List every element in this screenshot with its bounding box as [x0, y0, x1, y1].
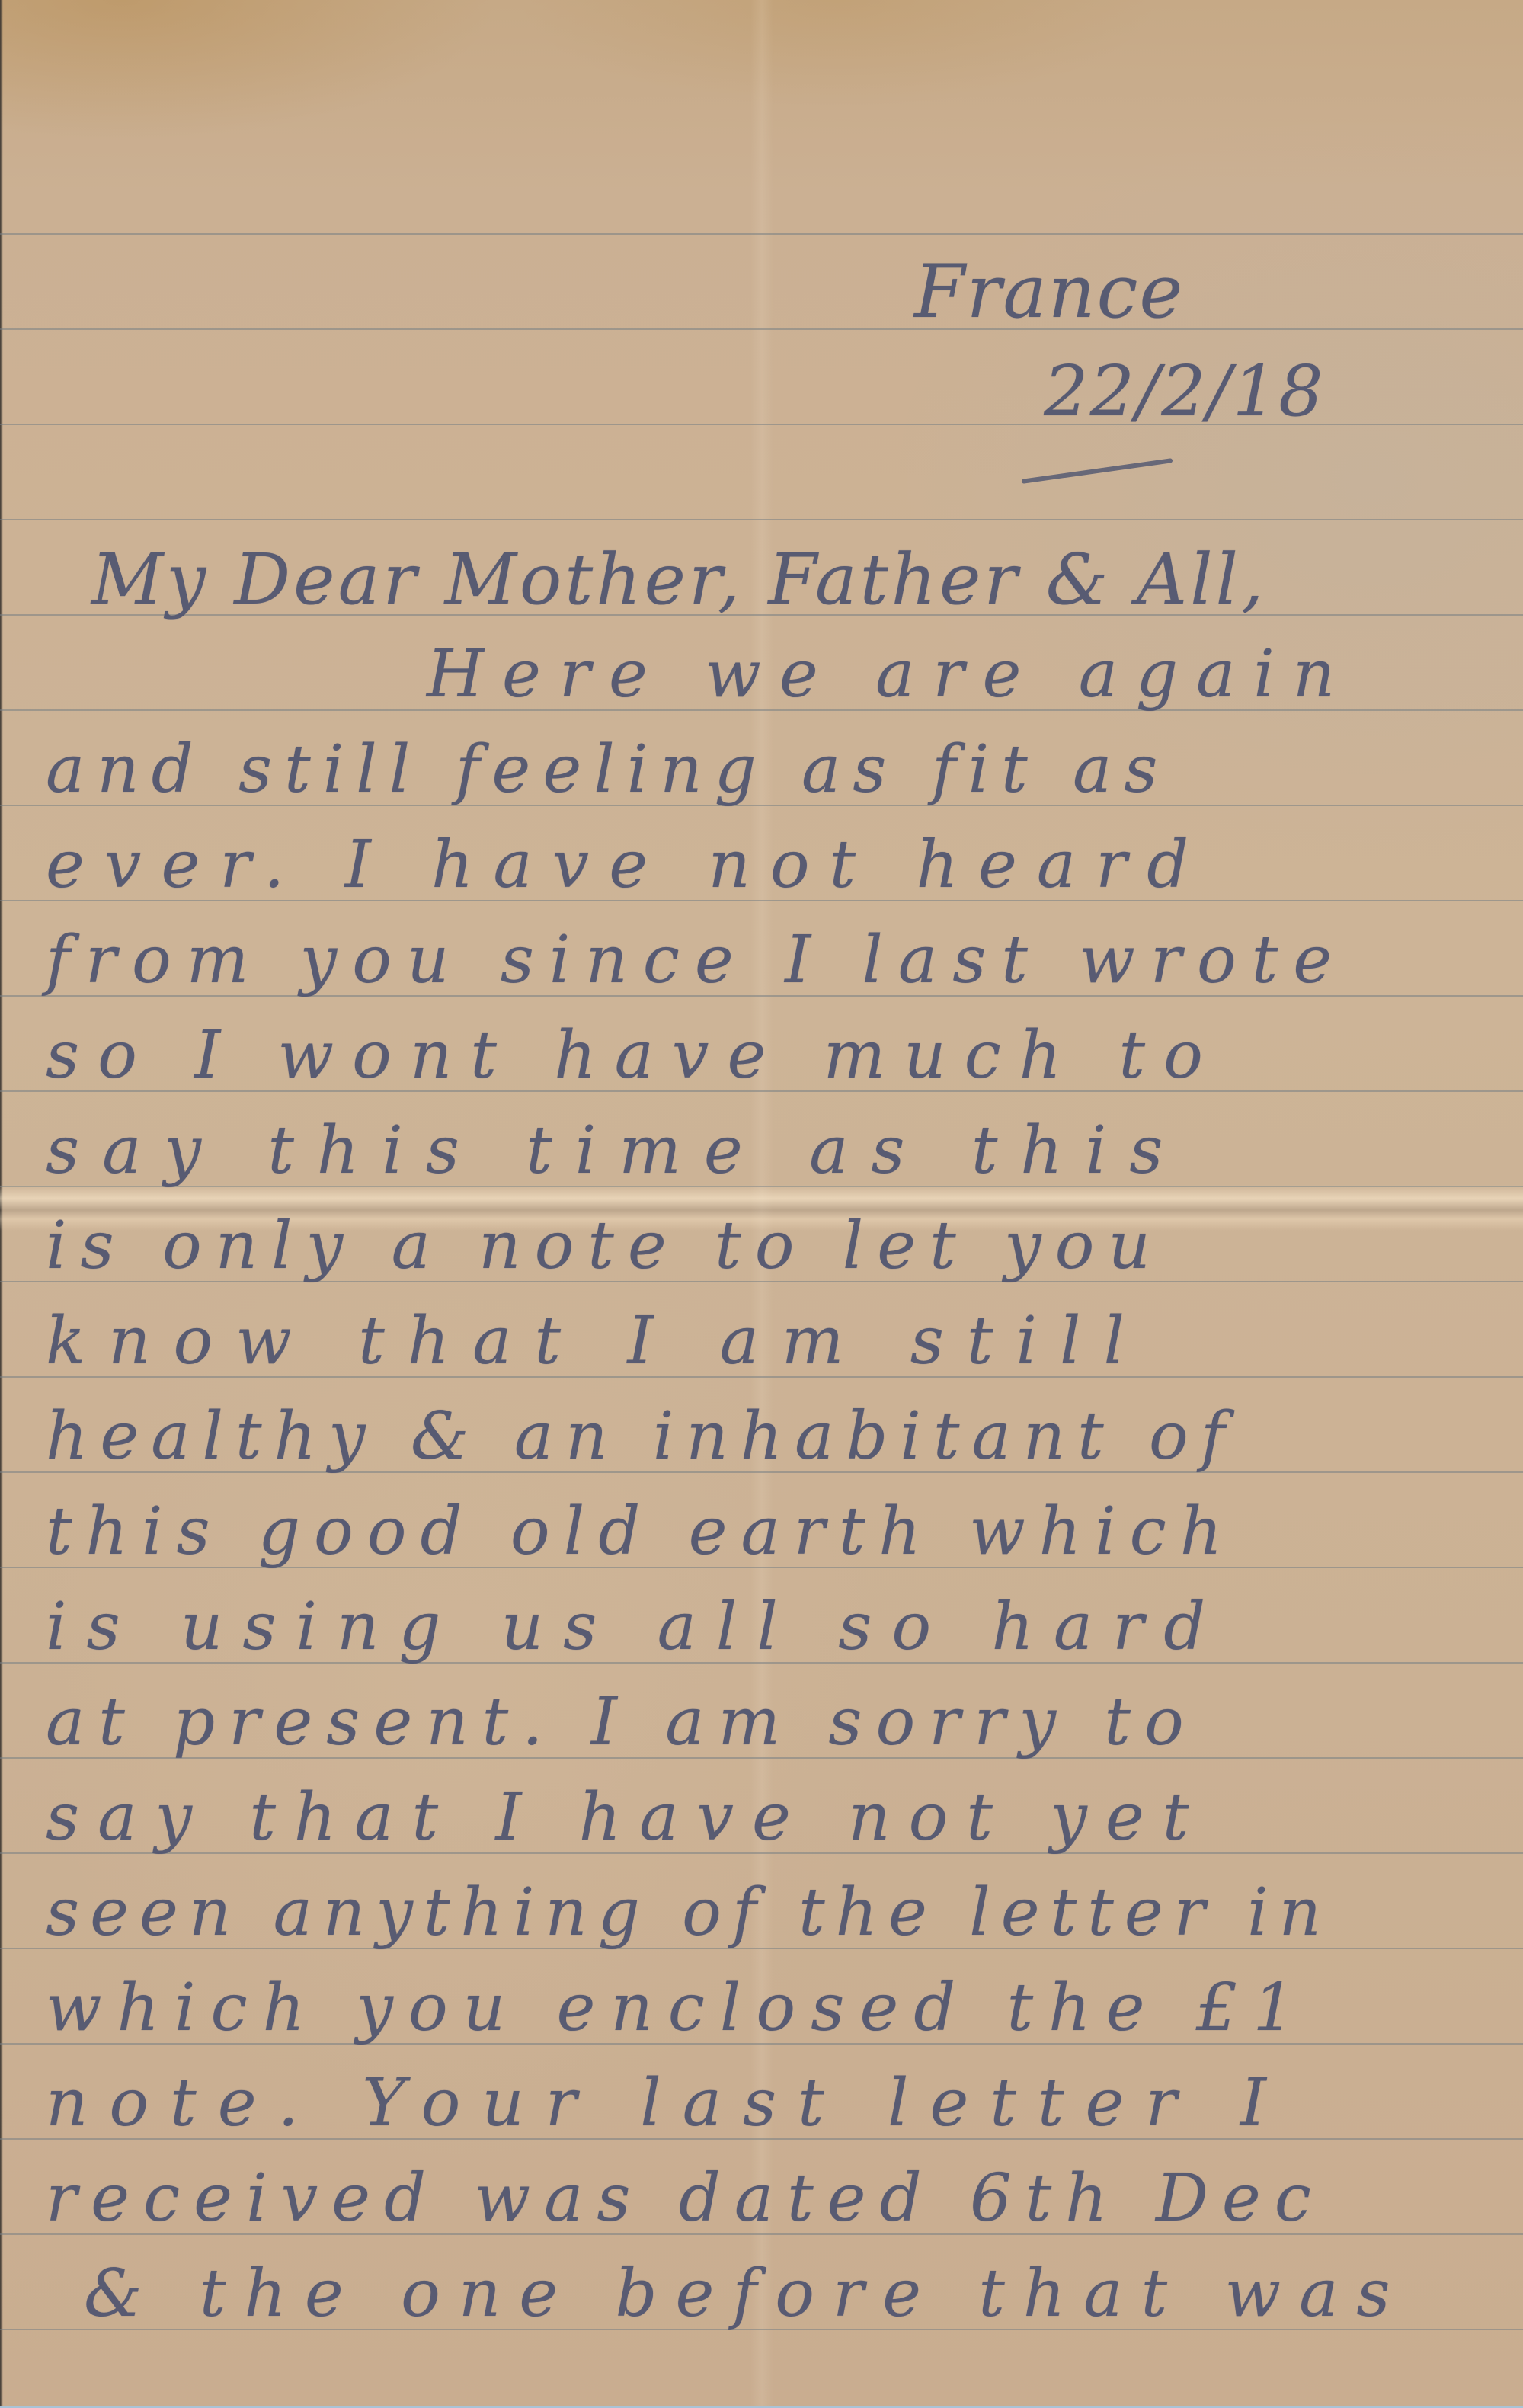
- body-line: healthy & an inhabitant of: [46, 1404, 1237, 1469]
- letter-place: France: [914, 255, 1184, 328]
- body-line: know that I am still: [46, 1308, 1147, 1374]
- body-line: is using us all so hard: [46, 1594, 1225, 1660]
- rule-line: [0, 233, 1523, 235]
- letter-page: France 22/2/18 My Dear Mother, Father & …: [0, 0, 1523, 2408]
- body-line: received was dated 6th Dec: [46, 2166, 1325, 2231]
- body-line: which you enclosed the £1: [46, 1975, 1310, 2041]
- body-line: so I wont have much to: [46, 1023, 1221, 1088]
- rule-line: [0, 519, 1523, 520]
- body-line: is only a note to let you: [46, 1213, 1164, 1279]
- letter-date: 22/2/18: [1044, 357, 1325, 427]
- body-line: and still feeling as fit as: [46, 737, 1169, 802]
- body-line: & the one before that was: [84, 2261, 1409, 2326]
- body-line: ever. I have not heard: [46, 832, 1208, 898]
- body-line: seen anything of the letter in: [46, 1880, 1332, 1945]
- body-line: from you since I last wrote: [46, 927, 1347, 993]
- body-line: this good old earth which: [46, 1499, 1236, 1564]
- body-line: at present. I am sorry to: [46, 1689, 1198, 1755]
- rule-line: [0, 328, 1523, 330]
- body-line: Here we are again: [427, 642, 1353, 707]
- body-line: say that I have not yet: [46, 1785, 1207, 1850]
- salutation: My Dear Mother, Father & All,: [91, 545, 1266, 615]
- body-line: note. Your last letter I: [46, 2070, 1288, 2136]
- date-underline: [1022, 458, 1173, 484]
- body-line: say this time as this: [46, 1118, 1185, 1183]
